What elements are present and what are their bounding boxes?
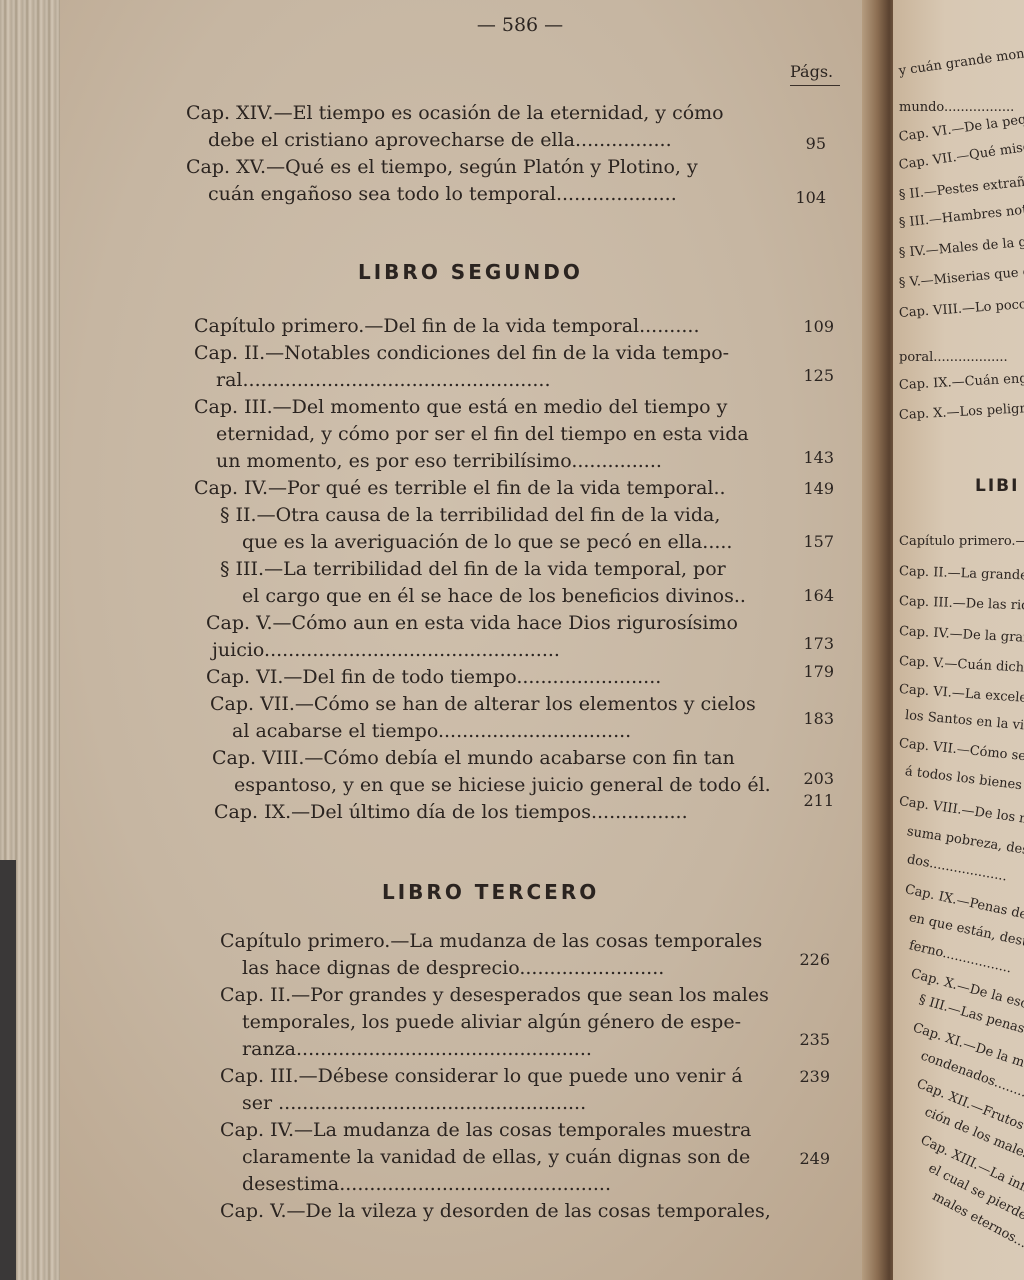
toc-entry: Cap. II.—Notables condiciones del fin de… — [194, 340, 794, 394]
book-binding — [0, 860, 16, 1280]
entry-line: Cap. V.—Cómo aun en esta vida hace Dios … — [206, 610, 794, 637]
toc-entry: Cap. V.—Cómo aun en esta vida hace Dios … — [194, 610, 794, 664]
right-page-heading: LIBI — [975, 476, 1019, 496]
entry-page: 164 — [803, 582, 834, 609]
entry-line: ranza...................................… — [220, 1036, 790, 1063]
entry-line: eternidad, y cómo por ser el fin del tie… — [194, 421, 794, 448]
entry-line: debe el cristiano aprovecharse de ella..… — [186, 127, 786, 154]
right-page-line: Cap. VIII.—Lo poco que — [898, 293, 1024, 324]
entry-line: espantoso, y en que se hiciese juicio ge… — [212, 772, 794, 799]
entry-page: 157 — [803, 528, 834, 555]
entry-line: Cap. VIII.—Cómo debía el mundo acabarse … — [212, 745, 794, 772]
right-page-line: § IV.—Males de la guer — [898, 231, 1024, 264]
toc-entry: Capítulo primero.—La mudanza de las cosa… — [220, 928, 790, 982]
right-page-line: Cap. V.—Cuán dichosa e — [898, 652, 1024, 680]
entry-page: 143 — [803, 444, 834, 471]
entry-line: las hace dignas de desprecio............… — [220, 955, 790, 982]
right-page-line: Cap. II.—La grandeza de — [899, 562, 1024, 588]
entry-page: 95 — [806, 130, 826, 157]
entry-line: juicio..................................… — [206, 637, 784, 664]
heading-libro-tercero: LIBRO TERCERO — [382, 880, 599, 904]
right-page-line: poral.................. — [899, 348, 1008, 368]
entry-line: Cap. III.—Del momento que está en medio … — [194, 394, 794, 421]
right-page-line: Capítulo primero.—De la — [899, 532, 1024, 552]
toc-entry: Cap. III.—Débese considerar lo que puede… — [220, 1063, 790, 1117]
right-page-line: Cap. IV.—De la grandeza — [898, 622, 1024, 651]
right-page-line: § II.—Pestes extrañas . . — [898, 170, 1024, 206]
toc-entry: Cap. II.—Por grandes y desesperados que … — [220, 982, 790, 1063]
entry-page: 104 — [795, 184, 826, 211]
toc-entry: Capítulo primero.—Del fin de la vida tem… — [194, 313, 794, 340]
entry-page: 211 — [803, 787, 834, 814]
entry-page: 125 — [803, 362, 834, 389]
entry-page: 249 — [799, 1145, 830, 1172]
entry-line: ser ....................................… — [220, 1090, 790, 1117]
entry-line: Capítulo primero.—Del fin de la vida tem… — [194, 313, 786, 340]
entry-line: Cap. IX.—Del último día de los tiempos..… — [214, 799, 786, 826]
entry-line: cuán engañoso sea todo lo temporal......… — [186, 181, 786, 208]
entry-line: Cap. II.—Por grandes y desesperados que … — [220, 982, 790, 1009]
entry-line: que es la averiguación de lo que se pecó… — [220, 529, 794, 556]
entry-page: 235 — [799, 1026, 830, 1053]
entry-line: § II.—Otra causa de la terribilidad del … — [220, 502, 794, 529]
entry-page: 109 — [803, 313, 834, 340]
entry-line: Cap. IV.—La mudanza de las cosas tempora… — [220, 1117, 790, 1144]
entry-page: 183 — [803, 705, 834, 732]
toc-libro-tercero: Capítulo primero.—La mudanza de las cosa… — [220, 928, 790, 1225]
toc-entry: Cap. XIV.—El tiempo es ocasión de la ete… — [186, 100, 786, 154]
entry-line: Cap. II.—Notables condiciones del fin de… — [194, 340, 794, 367]
pags-column-label: Págs. — [790, 62, 840, 86]
toc-libro-segundo: Capítulo primero.—Del fin de la vida tem… — [194, 313, 794, 826]
entry-line: claramente la vanidad de ellas, y cuán d… — [220, 1144, 790, 1171]
entry-line: al acabarse el tiempo...................… — [210, 718, 787, 745]
entry-line: Cap. III.—Débese considerar lo que puede… — [220, 1063, 790, 1090]
toc-entry: Cap. III.—Del momento que está en medio … — [194, 394, 794, 475]
entry-line: Cap. XV.—Qué es el tiempo, según Platón … — [186, 154, 786, 181]
right-page-line: Cap. IX.—Cuán engañoso — [898, 367, 1024, 396]
entry-line: Cap. XIV.—El tiempo es ocasión de la ete… — [186, 100, 786, 127]
right-page-line: § V.—Miserias que caus — [898, 261, 1024, 294]
book-gutter — [862, 0, 896, 1280]
toc-entry: Cap. VIII.—Cómo debía el mundo acabarse … — [194, 745, 794, 799]
entry-line: un momento, es por eso terribilísimo....… — [194, 448, 786, 475]
toc-entry: Cap. XV.—Qué es el tiempo, según Platón … — [186, 154, 786, 208]
right-page-line: y cuán grande monstruo — [898, 40, 1024, 82]
right-page-line: los Santos en la vida — [904, 706, 1024, 738]
heading-libro-segundo: LIBRO SEGUNDO — [358, 260, 583, 284]
toc-subsection: § III.—La terribilidad del fin de la vid… — [194, 556, 794, 610]
entry-page: 226 — [799, 946, 830, 973]
right-page: y cuán grande monstruo mundo............… — [893, 0, 1024, 1280]
entry-line: Cap. V.—De la vileza y desorden de las c… — [220, 1198, 790, 1225]
entry-line: ral.....................................… — [194, 367, 786, 394]
toc-entry: Cap. IV.—Por qué es terrible el fin de l… — [194, 475, 794, 502]
entry-line: el cargo que en él se hace de los benefi… — [220, 583, 794, 610]
entry-line: Cap. VI.—Del fin de todo tiempo.........… — [206, 664, 786, 691]
right-page-line: Cap. X.—Los peligros y — [898, 398, 1024, 426]
entry-line: desestima...............................… — [220, 1171, 790, 1198]
toc-entry: Cap. IX.—Del último día de los tiempos..… — [194, 799, 794, 826]
entry-page: 179 — [803, 658, 834, 685]
entry-line: Cap. IV.—Por qué es terrible el fin de l… — [194, 475, 794, 502]
entry-page: 173 — [803, 630, 834, 657]
toc-entry: Cap. VI.—Del fin de todo tiempo.........… — [194, 664, 794, 691]
entry-page: 239 — [799, 1063, 830, 1090]
entry-line: Cap. VII.—Cómo se han de alterar los ele… — [210, 691, 794, 718]
toc-entry: Cap. V.—De la vileza y desorden de las c… — [220, 1198, 790, 1225]
toc-top: Cap. XIV.—El tiempo es ocasión de la ete… — [186, 100, 786, 208]
entry-line: temporales, los puede aliviar algún géne… — [220, 1009, 790, 1036]
entry-line: § III.—La terribilidad del fin de la vid… — [220, 556, 794, 583]
right-page-line: Cap. III.—De las riquezas — [899, 592, 1024, 618]
entry-line: Capítulo primero.—La mudanza de las cosa… — [220, 928, 790, 955]
entry-page: 149 — [803, 475, 834, 502]
toc-entry: Cap. IV.—La mudanza de las cosas tempora… — [220, 1117, 790, 1198]
toc-subsection: § II.—Otra causa de la terribilidad del … — [194, 502, 794, 556]
toc-entry: Cap. VII.—Cómo se han de alterar los ele… — [194, 691, 794, 745]
right-page-line: á todos los bienes de — [904, 762, 1024, 799]
